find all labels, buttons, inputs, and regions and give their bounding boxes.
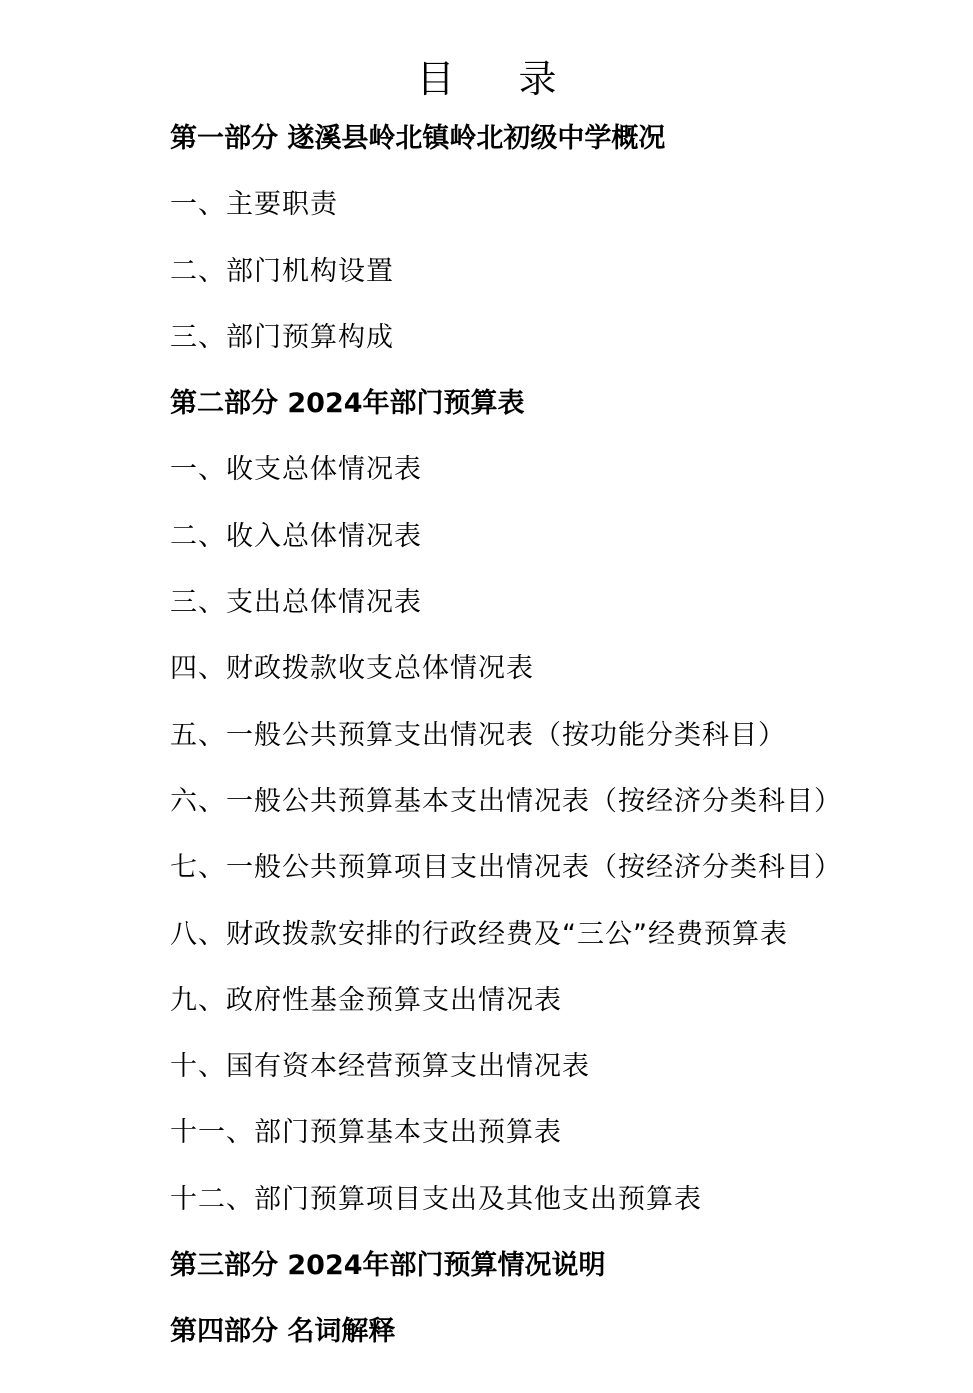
toc-item[interactable]: 九、政府性基金预算支出情况表 [170, 978, 842, 1044]
toc-item[interactable]: 五、一般公共预算支出情况表（按功能分类科目） [170, 713, 842, 779]
table-of-contents: 第一部分 遂溪县岭北镇岭北初级中学概况 一、主要职责 二、部门机构设置 三、部门… [170, 116, 842, 1376]
toc-item[interactable]: 十一、部门预算基本支出预算表 [170, 1110, 842, 1176]
toc-item[interactable]: 三、部门预算构成 [170, 315, 842, 381]
toc-part-3[interactable]: 第三部分 2024年部门预算情况说明 [170, 1243, 842, 1309]
toc-part-4[interactable]: 第四部分 名词解释 [170, 1309, 842, 1375]
toc-item[interactable]: 七、一般公共预算项目支出情况表（按经济分类科目） [170, 845, 842, 911]
toc-item[interactable]: 十二、部门预算项目支出及其他支出预算表 [170, 1177, 842, 1243]
toc-part-2[interactable]: 第二部分 2024年部门预算表 [170, 381, 842, 447]
toc-item[interactable]: 二、部门机构设置 [170, 249, 842, 315]
toc-item[interactable]: 一、主要职责 [170, 182, 842, 248]
toc-item[interactable]: 一、收支总体情况表 [170, 447, 842, 513]
toc-item[interactable]: 六、一般公共预算基本支出情况表（按经济分类科目） [170, 779, 842, 845]
toc-item[interactable]: 十、国有资本经营预算支出情况表 [170, 1044, 842, 1110]
page-title: 目 录 [0, 53, 973, 105]
toc-item[interactable]: 八、财政拨款安排的行政经费及“三公”经费预算表 [170, 912, 842, 978]
toc-item[interactable]: 二、收入总体情况表 [170, 514, 842, 580]
toc-part-1[interactable]: 第一部分 遂溪县岭北镇岭北初级中学概况 [170, 116, 842, 182]
toc-item[interactable]: 三、支出总体情况表 [170, 580, 842, 646]
toc-item[interactable]: 四、财政拨款收支总体情况表 [170, 646, 842, 712]
